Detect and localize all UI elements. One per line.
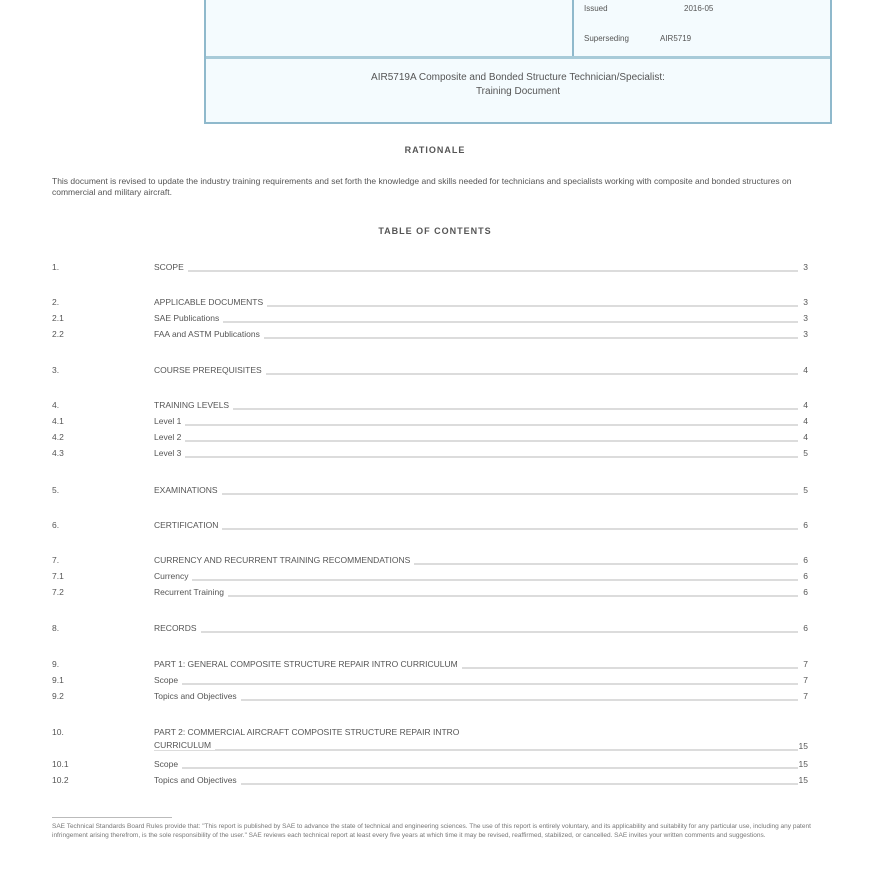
- toc-entry-number: 10.2: [52, 775, 69, 785]
- toc-leader-line: [154, 699, 798, 701]
- toc-entry-number: 5.: [52, 485, 59, 495]
- toc-entry-page: 7: [803, 659, 808, 669]
- toc-entry-page: 5: [803, 485, 808, 495]
- toc-entry-page: 3: [803, 313, 808, 323]
- toc-entry-number: 2.1: [52, 313, 64, 323]
- toc-leader-line: [154, 424, 798, 426]
- toc-leader-line: [154, 493, 798, 495]
- toc-entry-label: SAE Publications: [154, 313, 223, 323]
- toc-entry-number: 4.: [52, 400, 59, 410]
- toc-leader-line: [154, 408, 798, 410]
- toc-entry-number: 4.1: [52, 416, 64, 426]
- toc-entry-page: 15: [799, 741, 808, 751]
- toc-leader-line: [154, 270, 798, 272]
- toc-leader-line: [154, 749, 798, 751]
- toc-entry-number: 7.2: [52, 587, 64, 597]
- toc-entry-label: TRAINING LEVELS: [154, 400, 233, 410]
- toc-leader-line: [154, 595, 798, 597]
- toc-leader-line: [154, 528, 798, 530]
- toc-entry[interactable]: 9.1Scope7: [52, 675, 808, 687]
- toc-entry-number: 3.: [52, 365, 59, 375]
- document-title: AIR5719A Composite and Bonded Structure …: [206, 56, 830, 122]
- toc-entry-number: 6.: [52, 520, 59, 530]
- toc-entry[interactable]: 9.PART 1: GENERAL COMPOSITE STRUCTURE RE…: [52, 659, 808, 671]
- toc-entry[interactable]: 10.2Topics and Objectives15: [52, 775, 808, 787]
- toc-entry-label: APPLICABLE DOCUMENTS: [154, 297, 267, 307]
- toc-entry-label: Topics and Objectives: [154, 691, 241, 701]
- toc-entry-page: 6: [803, 587, 808, 597]
- toc-leader-line: [154, 440, 798, 442]
- toc-entry-page: 4: [803, 416, 808, 426]
- toc-leader-line: [154, 631, 798, 633]
- rationale-text: This document is revised to update the i…: [52, 176, 820, 198]
- toc-entry-page: 15: [799, 775, 808, 785]
- toc-entry-label: Scope: [154, 759, 182, 769]
- header-logo-area: [206, 0, 572, 56]
- toc-entry-label: RECORDS: [154, 623, 201, 633]
- toc-entry-page: 7: [803, 691, 808, 701]
- toc-entry-number: 10.: [52, 727, 64, 737]
- toc-entry[interactable]: 2.2FAA and ASTM Publications3: [52, 329, 808, 341]
- toc-entry-page: 3: [803, 329, 808, 339]
- toc-entry-label: Level 1: [154, 416, 185, 426]
- toc-entry[interactable]: 4.3Level 35: [52, 448, 808, 460]
- footer-legal-text: SAE Technical Standards Board Rules prov…: [52, 822, 820, 840]
- toc-leader-line: [154, 683, 798, 685]
- toc-entry-label: PART 2: COMMERCIAL AIRCRAFT COMPOSITE ST…: [154, 727, 463, 737]
- footer-divider: [52, 817, 172, 818]
- header-field-superseding: Superseding AIR5719: [584, 34, 629, 43]
- toc-entry-number: 9.2: [52, 691, 64, 701]
- toc-leader-line: [154, 579, 798, 581]
- toc-entry-number: 8.: [52, 623, 59, 633]
- document-header-box: Issued 2016-05 Superseding AIR5719 AIR57…: [204, 0, 832, 124]
- toc-entry[interactable]: 4.2Level 24: [52, 432, 808, 444]
- toc-entry-page: 6: [803, 571, 808, 581]
- toc-leader-line: [154, 456, 798, 458]
- toc-entry[interactable]: 7.CURRENCY AND RECURRENT TRAINING RECOMM…: [52, 555, 808, 567]
- toc-entry-label: CERTIFICATION: [154, 520, 222, 530]
- toc-entry-label: PART 1: GENERAL COMPOSITE STRUCTURE REPA…: [154, 659, 462, 669]
- toc-entry[interactable]: 4.1Level 14: [52, 416, 808, 428]
- toc-entry[interactable]: 1.SCOPE3: [52, 262, 808, 274]
- toc-entry-number: 9.: [52, 659, 59, 669]
- toc-entry-page: 4: [803, 432, 808, 442]
- toc-entry[interactable]: 8.RECORDS6: [52, 623, 808, 635]
- toc-entry-label-continued: CURRICULUM: [154, 740, 215, 750]
- toc-entry-number: 4.3: [52, 448, 64, 458]
- toc-entry-number: 9.1: [52, 675, 64, 685]
- toc-entry[interactable]: 7.2Recurrent Training6: [52, 587, 808, 599]
- header-fields: Issued 2016-05 Superseding AIR5719: [572, 0, 830, 56]
- toc-entry[interactable]: 10.PART 2: COMMERCIAL AIRCRAFT COMPOSITE…: [52, 727, 808, 739]
- toc-entry-page: 7: [803, 675, 808, 685]
- toc-entry-page: 5: [803, 448, 808, 458]
- toc-entry[interactable]: 2.1SAE Publications3: [52, 313, 808, 325]
- toc-leader-line: [154, 321, 798, 323]
- toc-entry[interactable]: 9.2Topics and Objectives7: [52, 691, 808, 703]
- toc-entry-label: Level 2: [154, 432, 185, 442]
- toc-entry-page: 3: [803, 297, 808, 307]
- toc-entry-label: COURSE PREREQUISITES: [154, 365, 266, 375]
- toc-entry-page: 6: [803, 520, 808, 530]
- toc-entry-number: 1.: [52, 262, 59, 272]
- toc-entry[interactable]: 4.TRAINING LEVELS4: [52, 400, 808, 412]
- toc-entry-label: Topics and Objectives: [154, 775, 241, 785]
- toc-entry-label: Scope: [154, 675, 182, 685]
- toc-entry[interactable]: 6.CERTIFICATION6: [52, 520, 808, 532]
- toc-leader-line: [154, 783, 798, 785]
- toc-entry[interactable]: 2.APPLICABLE DOCUMENTS3: [52, 297, 808, 309]
- toc-entry-label: Level 3: [154, 448, 185, 458]
- toc-entry[interactable]: 5.EXAMINATIONS5: [52, 485, 808, 497]
- toc-entry-number: 4.2: [52, 432, 64, 442]
- toc-entry-label: SCOPE: [154, 262, 188, 272]
- toc-heading: TABLE OF CONTENTS: [0, 226, 870, 236]
- toc-entry-label: Recurrent Training: [154, 587, 228, 597]
- toc-entry-label: FAA and ASTM Publications: [154, 329, 264, 339]
- toc-entry[interactable]: 10.1Scope15: [52, 759, 808, 771]
- toc-entry[interactable]: 7.1Currency6: [52, 571, 808, 583]
- toc-entry-number: 10.1: [52, 759, 69, 769]
- toc-entry-page: 3: [803, 262, 808, 272]
- toc-entry-label: EXAMINATIONS: [154, 485, 222, 495]
- toc-entry-label: CURRENCY AND RECURRENT TRAINING RECOMMEN…: [154, 555, 414, 565]
- toc-entry-page: 4: [803, 400, 808, 410]
- toc-entry-page: 4: [803, 365, 808, 375]
- toc-entry-number: 2.2: [52, 329, 64, 339]
- toc-entry-label: Currency: [154, 571, 192, 581]
- toc-entry-page: 15: [799, 759, 808, 769]
- toc-entry-page: 6: [803, 555, 808, 565]
- toc-entry-number: 2.: [52, 297, 59, 307]
- toc-entry-number: 7.1: [52, 571, 64, 581]
- toc-entry-number: 7.: [52, 555, 59, 565]
- header-field-issued: Issued 2016-05: [584, 4, 608, 13]
- toc-entry-page: 6: [803, 623, 808, 633]
- rationale-heading: RATIONALE: [0, 145, 870, 155]
- toc-entry[interactable]: 3.COURSE PREREQUISITES4: [52, 365, 808, 377]
- toc-leader-line: [154, 767, 798, 769]
